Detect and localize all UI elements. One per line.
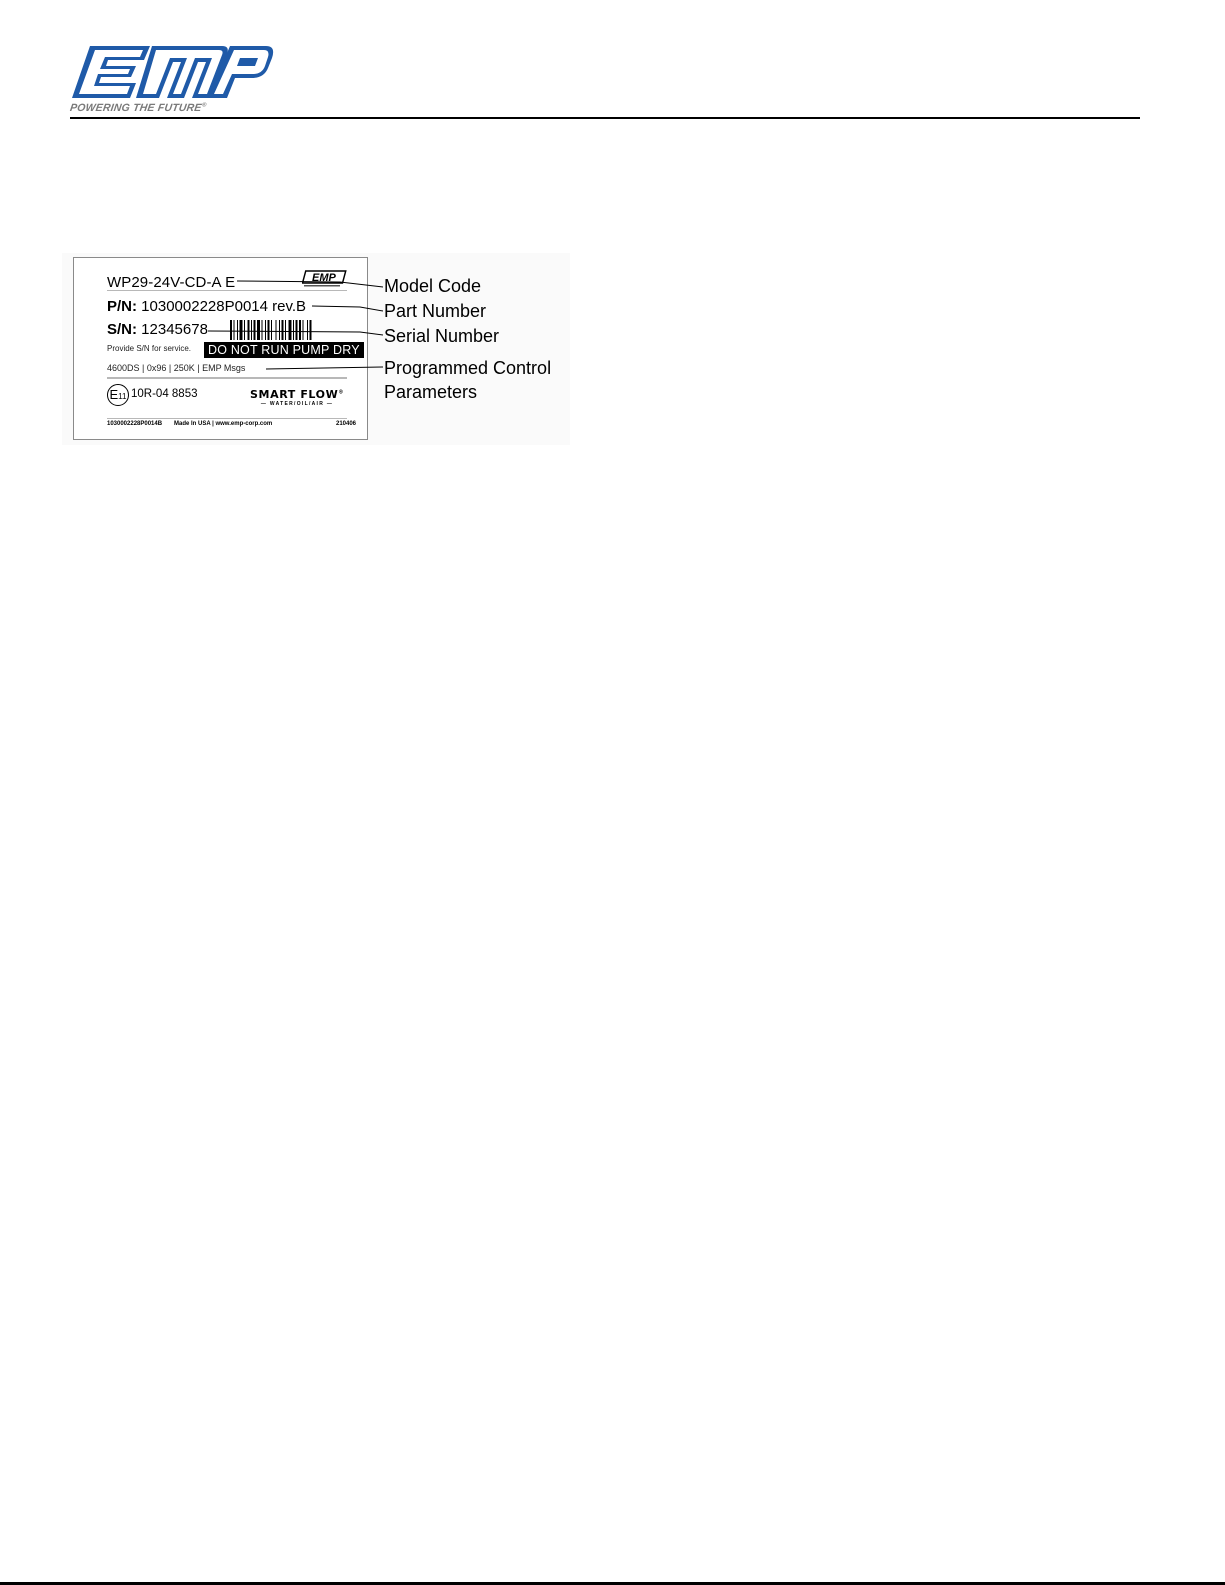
smart-flow-logo: SMART FLOW® — WATER/OIL/AIR —: [242, 388, 352, 407]
callout-model-code: Model Code: [384, 276, 481, 296]
serial-number-row: S/N: 12345678: [107, 321, 208, 338]
callout-leader-lines: [0, 0, 1225, 1585]
model-code-value: WP29-24V-CD-A E: [107, 274, 235, 291]
label-divider: [107, 418, 347, 419]
header-divider: [70, 117, 1140, 119]
mini-emp-logo: EMP: [302, 270, 348, 288]
control-parameters: 4600DS | 0x96 | 250K | EMP Msgs: [107, 363, 245, 373]
part-number-row: P/N: 1030002228P0014 rev.B: [107, 298, 306, 315]
product-label: WP29-24V-CD-A E EMP P/N: 1030002228P0014…: [73, 257, 368, 440]
label-divider: [107, 377, 347, 379]
footer-date-code: 210406: [336, 421, 356, 427]
label-divider: [107, 290, 347, 291]
approval-code: 10R-04 8853: [131, 388, 198, 400]
service-note: Provide S/N for service.: [107, 344, 191, 353]
brand-tagline: POWERING THE FUTURE®: [69, 102, 207, 114]
svg-text:EMP: EMP: [312, 272, 337, 284]
barcode: [230, 320, 350, 340]
callout-control-parameters-line2: Parameters: [384, 382, 477, 402]
e-mark-approval-icon: E11: [107, 384, 129, 406]
callout-control-parameters: Programmed Control: [384, 358, 551, 378]
footer-part-number: 1030002228P0014B: [107, 421, 162, 427]
callout-part-number: Part Number: [384, 301, 486, 321]
callout-serial-number: Serial Number: [384, 326, 499, 346]
warning-banner: DO NOT RUN PUMP DRY: [204, 342, 364, 358]
footer-origin: Made In USA | www.emp-corp.com: [174, 421, 272, 427]
